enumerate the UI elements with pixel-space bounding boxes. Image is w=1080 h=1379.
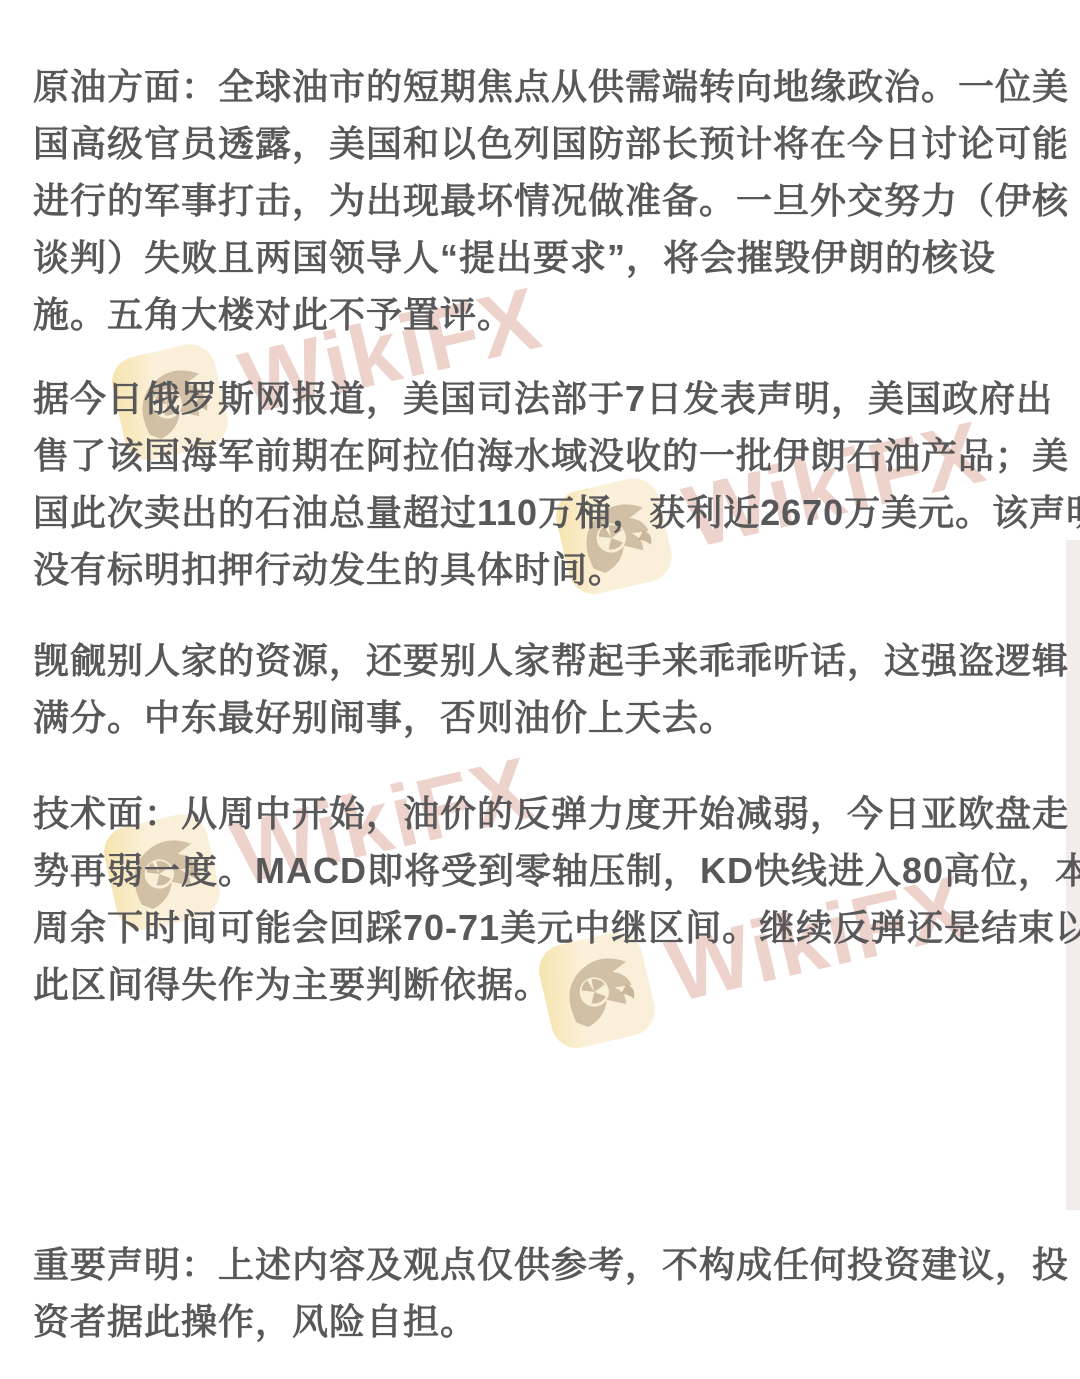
article-page: WikiFX WikiFX WikiFX — [0, 0, 1080, 1379]
paragraph-commentary: 觊觎别人家的资源，还要别人家帮起手来乖乖听话，这强盗逻辑 满分。中东最好别闹事，… — [33, 632, 1073, 746]
paragraph-disclaimer: 重要声明：上述内容及观点仅供参考，不构成任何投资建议，投 资者据此操作，风险自担… — [33, 1236, 1073, 1350]
paragraph-russia-today-report: 据今日俄罗斯网报道，美国司法部于7日发表声明，美国政府出 售了该国海军前期在阿拉… — [33, 370, 1073, 598]
paragraph-crude-oil-geopolitics: 原油方面：全球油市的短期焦点从供需端转向地缘政治。一位美 国高级官员透露，美国和… — [33, 58, 1073, 343]
paragraph-technical-analysis: 技术面：从周中开始，油价的反弹力度开始减弱，今日亚欧盘走 势再弱一度。MACD即… — [33, 785, 1073, 1013]
